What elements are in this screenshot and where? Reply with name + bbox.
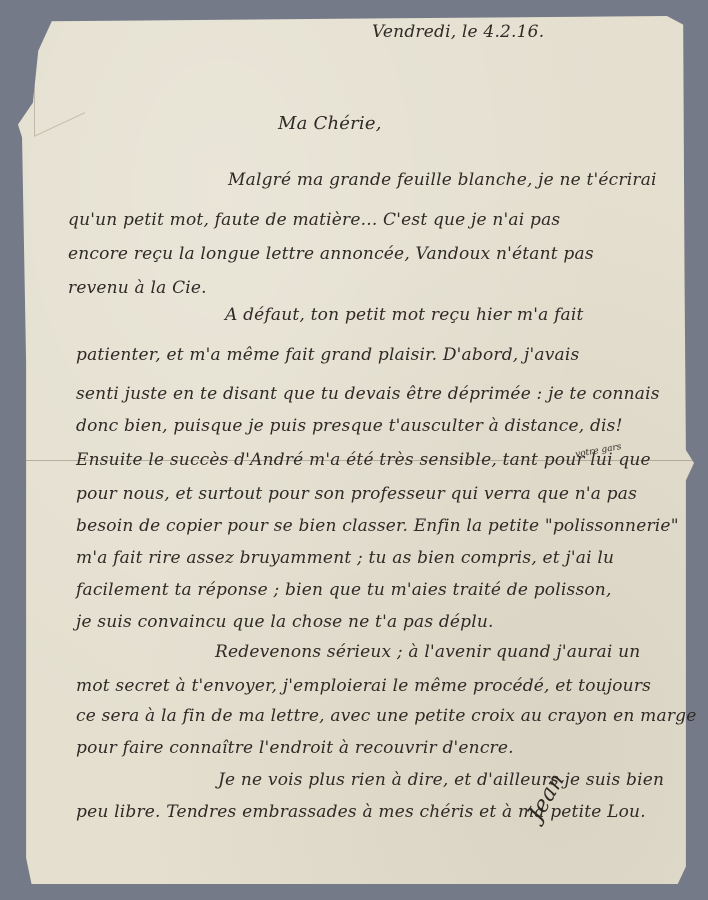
letter-line: encore reçu la longue lettre annoncée, V… — [68, 244, 594, 264]
letter-line: Ensuite le succès d'André m'a été très s… — [76, 450, 651, 470]
letter-line: besoin de copier pour se bien classer. E… — [76, 516, 679, 536]
letter-line: A défaut, ton petit mot reçu hier m'a fa… — [225, 305, 584, 325]
letter-line: m'a fait rire assez bruyamment ; tu as b… — [76, 548, 614, 568]
letter-line: revenu à la Cie. — [68, 278, 207, 298]
letter-line: facilement ta réponse ; bien que tu m'ai… — [76, 580, 612, 600]
letter-line: Je ne vois plus rien à dire, et d'ailleu… — [218, 770, 664, 790]
letter-line: peu libre. Tendres embrassades à mes ché… — [76, 802, 646, 822]
letter-line: je suis convaincu que la chose ne t'a pa… — [76, 612, 494, 632]
letter-line: ce sera à la fin de ma lettre, avec une … — [76, 706, 697, 726]
letter-line: qu'un petit mot, faute de matière... C'e… — [68, 210, 560, 230]
letter-line: senti juste en te disant que tu devais ê… — [76, 384, 660, 404]
letter-line: patienter, et m'a même fait grand plaisi… — [76, 345, 579, 365]
letter-line: Redevenons sérieux ; à l'avenir quand j'… — [215, 642, 640, 662]
letter-date: Vendredi, le 4.2.16. — [372, 22, 544, 42]
letter-salutation: Ma Chérie, — [278, 113, 382, 134]
letter-line: mot secret à t'envoyer, j'emploierai le … — [76, 676, 651, 696]
letter-line: Malgré ma grande feuille blanche, je ne … — [228, 170, 657, 190]
letter-line: pour nous, et surtout pour son professeu… — [76, 484, 637, 504]
letter-line: donc bien, puisque je puis presque t'aus… — [76, 416, 623, 436]
letter-line: pour faire connaître l'endroit à recouvr… — [76, 738, 514, 758]
torn-corner — [34, 62, 85, 137]
